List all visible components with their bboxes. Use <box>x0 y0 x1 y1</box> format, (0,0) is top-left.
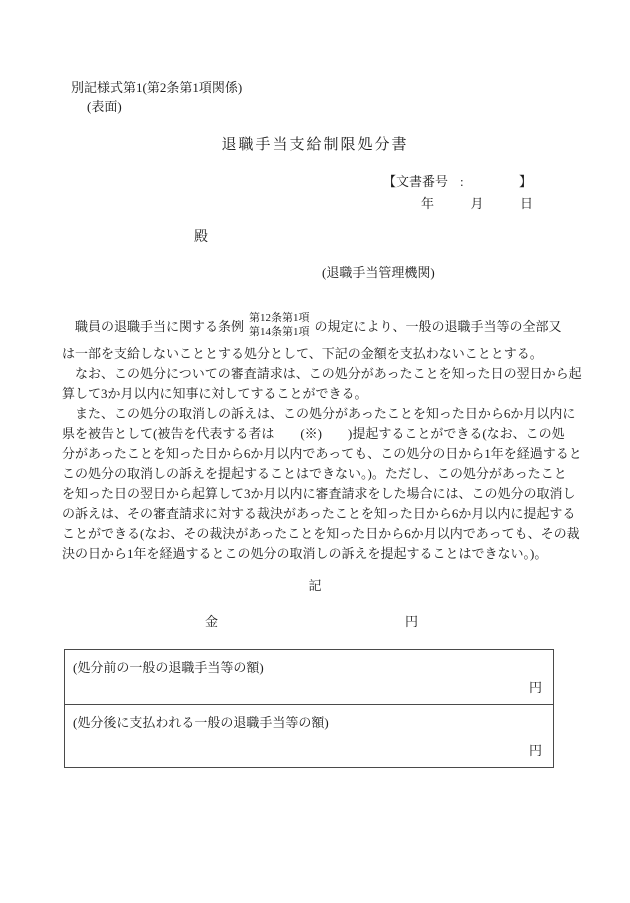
clause-stack: 第12条第1項 第14条第1項 <box>249 311 310 339</box>
document-title: 退職手当支給制限処分書 <box>0 133 630 154</box>
doc-number-colon: : <box>460 174 464 190</box>
date-line: 年 月 日 <box>421 193 533 212</box>
date-day-label: 日 <box>520 193 533 212</box>
clause-line-1: 第12条第1項 <box>249 311 310 325</box>
body-line1-after: の規定により、一般の退職手当等の全部又 <box>315 316 562 335</box>
date-year-label: 年 <box>421 193 434 212</box>
side-label: (表面) <box>87 98 122 116</box>
date-month-label: 月 <box>470 193 483 212</box>
row-unit: 円 <box>529 677 542 696</box>
table-row: (処分後に支払われる一般の退職手当等の額) 円 <box>65 704 553 767</box>
body-line: また、この処分の取消しの訴えは、この処分があったことを知った日から6か月以内に <box>62 404 562 424</box>
amount-prefix-label: 金 <box>205 611 218 630</box>
body-line: 県を被告として(被告を代表する者は (※) )提起することができる(なお、この処 <box>62 424 562 444</box>
body-line: を知った日の翌日から起算して3か月以内に審査請求をした場合には、この処分の取消し <box>62 484 562 504</box>
issuer-label: (退職手当管理機関) <box>322 262 435 281</box>
body-line: なお、この処分についての審査請求は、この処分があったことを知った日の翌日から起 <box>62 364 562 384</box>
clause-line-2: 第14条第1項 <box>249 325 310 339</box>
amount-suffix-label: 円 <box>405 611 418 630</box>
body-line: ことができる(なお、その裁決があったことを知った日から6か月以内であっても、その… <box>62 524 562 544</box>
amount-table: (処分前の一般の退職手当等の額) 円 (処分後に支払われる一般の退職手当等の額)… <box>64 649 554 768</box>
doc-number-close-bracket: 】 <box>519 171 532 190</box>
body-line: 決の日から1年を経過するとこの処分の取消しの訴えを提起することはできない。)。 <box>62 544 562 564</box>
addressee-honorific: 殿 <box>194 226 208 246</box>
table-row: (処分前の一般の退職手当等の額) 円 <box>65 650 553 704</box>
amount-line: 金 円 <box>205 611 418 630</box>
form-reference: 別記様式第1(第2条第1項関係) <box>71 79 242 97</box>
row-label: (処分後に支払われる一般の退職手当等の額) <box>73 712 329 731</box>
doc-number-open-label: 【文書番号 <box>383 171 448 190</box>
body-first-line: 職員の退職手当に関する条例 第12条第1項 第14条第1項 の規定により、一般の… <box>62 306 562 344</box>
body-line1-before: 職員の退職手当に関する条例 <box>62 316 244 335</box>
body-line: の訴えは、その審査請求に対する裁決があったことを知った日から6か月以内に提起する <box>62 504 562 524</box>
body-line: この処分の取消しの訴えを提起することはできない。)。ただし、この処分があったこと <box>62 464 562 484</box>
row-unit: 円 <box>529 740 542 759</box>
document-number-line: 【文書番号 : 】 <box>383 171 532 190</box>
body-line: 分があったことを知った日から6か月以内であっても、この処分の日から1年を経過する… <box>62 444 562 464</box>
row-label: (処分前の一般の退職手当等の額) <box>73 657 264 676</box>
document-page: 別記様式第1(第2条第1項関係) (表面) 退職手当支給制限処分書 【文書番号 … <box>0 0 630 903</box>
body-line: は一部を支給しないこととする処分として、下記の金額を支払わないこととする。 <box>62 344 562 364</box>
body-text: 職員の退職手当に関する条例 第12条第1項 第14条第1項 の規定により、一般の… <box>62 306 562 564</box>
body-line: 算して3か月以内に知事に対してすることができる。 <box>62 384 562 404</box>
note-heading: 記 <box>0 575 630 594</box>
